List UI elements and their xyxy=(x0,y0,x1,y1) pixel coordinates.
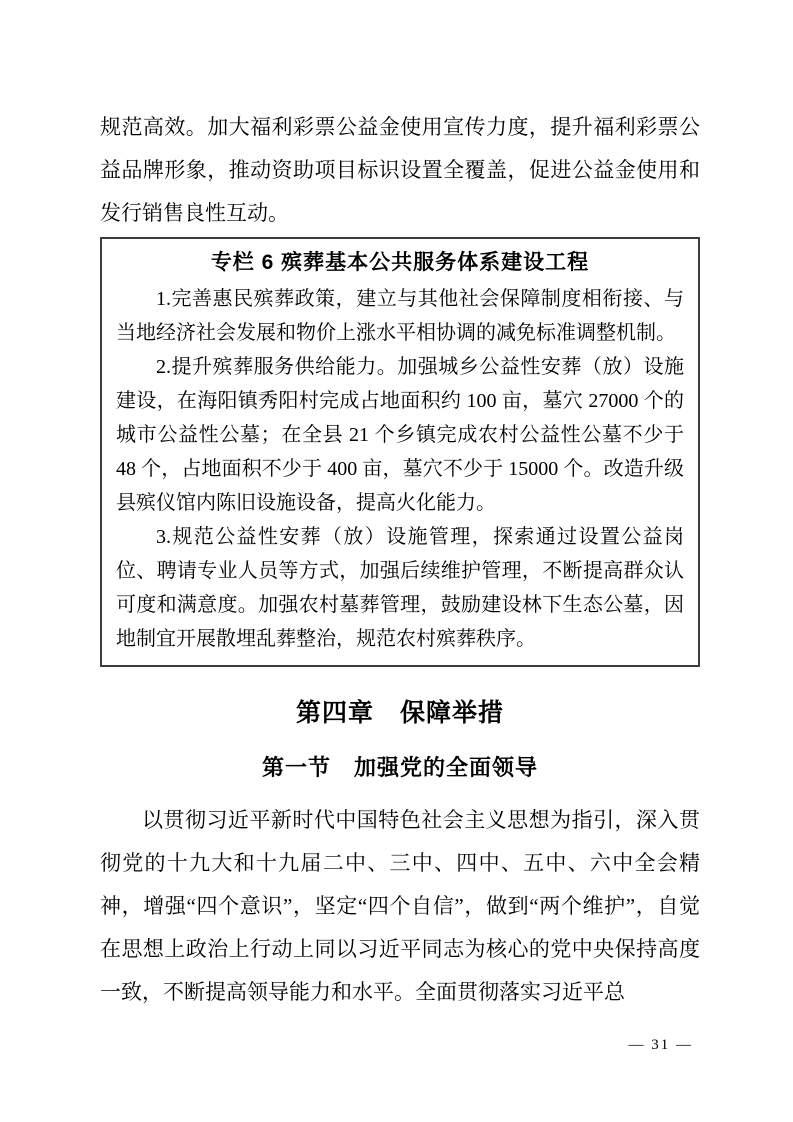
paragraph-intro: 规范高效。加大福利彩票公益金使用宣传力度，提升福利彩票公益品牌形象，推动资助项目… xyxy=(100,106,700,235)
page-number: — 31 — xyxy=(629,1037,694,1054)
callout-item-2: 2.提升殡葬服务供给能力。加强城乡公益性安葬（放）设施建设，在海阳镇秀阳村完成占… xyxy=(116,350,684,520)
callout-item-1: 1.完善惠民殡葬政策，建立与其他社会保障制度相衔接、与当地经济社会发展和物价上涨… xyxy=(116,282,684,350)
section-heading: 第一节 加强党的全面领导 xyxy=(100,753,700,783)
document-page: 规范高效。加大福利彩票公益金使用宣传力度，提升福利彩票公益品牌形象，推动资助项目… xyxy=(0,0,793,1122)
callout-box-title: 专栏 6 殡葬基本公共服务体系建设工程 xyxy=(116,244,684,282)
callout-item-3: 3.规范公益性安葬（放）设施管理，探索通过设置公益岗位、聘请专业人员等方式，加强… xyxy=(116,520,684,656)
callout-box: 专栏 6 殡葬基本公共服务体系建设工程 1.完善惠民殡葬政策，建立与其他社会保障… xyxy=(100,237,700,667)
chapter-heading: 第四章 保障举措 xyxy=(100,697,700,731)
paragraph-body: 以贯彻习近平新时代中国特色社会主义思想为指引，深入贯彻党的十九大和十九届二中、三… xyxy=(100,799,700,1014)
